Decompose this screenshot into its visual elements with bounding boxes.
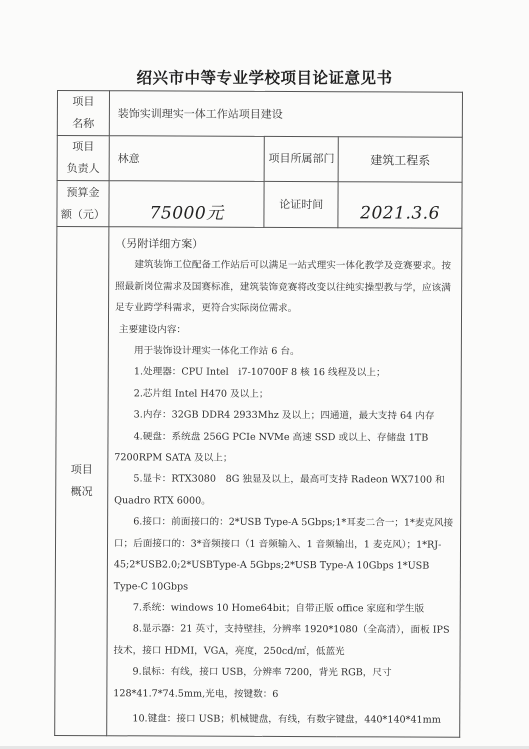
- project-name-value: 装饰实训理实一体工作站项目建设: [109, 91, 462, 138]
- overview-content: （另附详细方案） 建筑装饰工位配备工作站后可以满足一站式理实一体化教学及竞赛要求…: [107, 227, 462, 738]
- project-lead-value: 林意: [109, 136, 265, 182]
- department-value: 建筑工程系: [338, 137, 462, 183]
- spec-item: 8.显示器：21 英寸，支持壁挂，分辨率 1920*1080（全高清），面板 I…: [113, 619, 453, 663]
- budget-label: 预算金 额（元）: [57, 181, 109, 227]
- label-line: 名称: [58, 113, 109, 135]
- review-form-table: 项目 名称 装饰实训理实一体工作站项目建设 项目 负责人 林意 项目所属部门 建…: [54, 90, 463, 738]
- label-line: 项目: [58, 136, 109, 158]
- department-label: 项目所属部门: [265, 136, 339, 181]
- spec-item: 2.芯片组 Intel H470 及以上；: [115, 383, 455, 406]
- label-line: 负责人: [58, 158, 109, 180]
- spec-item: 1.处理器：CPU Intel i7-10700F 8 核 16 线程及以上；: [115, 362, 455, 385]
- spec-item: 4.硬盘：系统盘 256G PCIe NVMe 高速 SSD 或以上、存储盘 1…: [114, 426, 454, 470]
- label-line: 预算金: [58, 182, 109, 204]
- budget-value-cell: 75000元: [109, 181, 265, 228]
- row-project-name: 项目 名称 装饰实训理实一体工作站项目建设: [57, 91, 462, 138]
- main-content-heading: 主要建设内容：: [115, 319, 455, 342]
- row-overview: 项目 概况 （另附详细方案） 建筑装饰工位配备工作站后可以满足一站式理实一体化教…: [55, 227, 462, 738]
- label-line: 项目: [56, 459, 107, 481]
- spec-item: 10.键盘：接口 USB；机械键盘，有线，有数字键盘，440*140*41mm: [113, 708, 453, 731]
- spec-item: 3.内存：32GB DDR4 2933Mhz 及以上；四通道，最大支持 64 内…: [114, 405, 454, 428]
- budget-handwritten-value: 75000元: [150, 203, 224, 223]
- row-project-lead: 项目 负责人 林意 项目所属部门 建筑工程系: [57, 136, 462, 183]
- review-date-cell: 2021.3.6: [338, 182, 462, 229]
- overview-intro: 建筑装饰工位配备工作站后可以满足一站式理实一体化教学及竞赛要求。按照最新岗位需求…: [115, 255, 455, 321]
- spec-item: 9.鼠标：有线，接口 USB，分辨率 7200，背光 RGB，尺寸 128*41…: [113, 661, 453, 705]
- spec-item: 7.系统：windows 10 Home64bit；自带正版 office 家庭…: [114, 597, 454, 620]
- purpose-text: 用于装饰设计理实一体化工作站 6 台。: [115, 340, 455, 363]
- label-line: 概况: [56, 481, 107, 503]
- review-date-handwritten-value: 2021.3.6: [360, 203, 440, 223]
- spec-item: 5.显卡：RTX3080 8G 独显及以上，最高可支持 Radeon WX710…: [114, 469, 454, 513]
- review-date-label: 论证时间: [264, 181, 338, 227]
- document-title: 绍兴市中等专业学校项目论证意见书: [0, 66, 529, 88]
- spec-item: 6.接口：前面接口的：2*USB Type-A 5Gbps;1*耳麦二合一；1*…: [114, 512, 454, 599]
- detailed-plan-note: （另附详细方案）: [115, 233, 455, 256]
- project-lead-label: 项目 负责人: [57, 136, 109, 181]
- label-line: 额（元）: [57, 204, 108, 226]
- overview-label: 项目 概况: [55, 227, 109, 737]
- project-name-label: 项目 名称: [57, 91, 109, 136]
- row-budget: 预算金 额（元） 75000元 论证时间 2021.3.6: [57, 181, 462, 229]
- label-line: 项目: [58, 91, 109, 113]
